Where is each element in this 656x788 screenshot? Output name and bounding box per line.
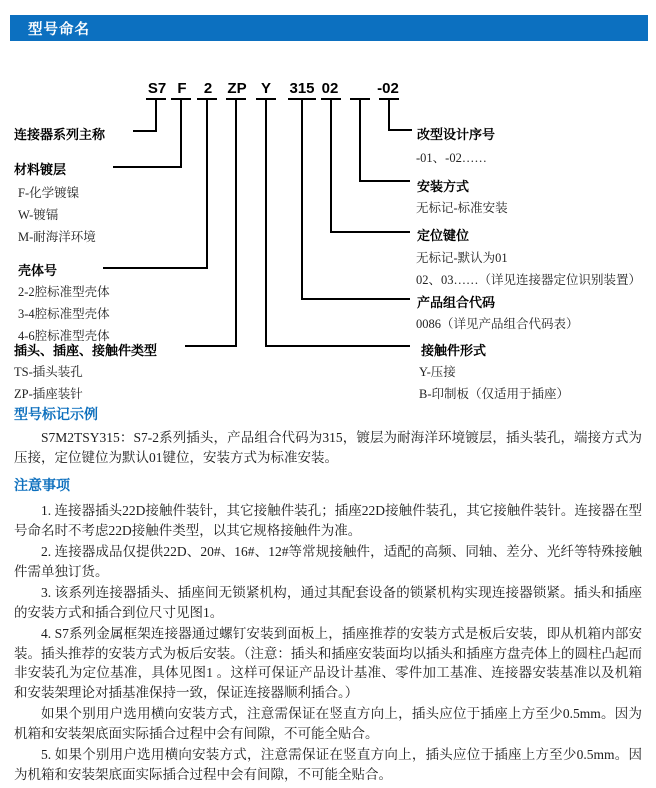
shell-option-2: 2-2腔标准型壳体 — [18, 282, 110, 300]
note-paragraph-4: 4. S7系列金属框架连接器通过螺钉安装到面板上，插座推荐的安装方式是板后安装，… — [14, 624, 642, 702]
example-section-heading: 型号标记示例 — [14, 406, 642, 422]
example-paragraph: S7M2TSY315：S7-2系列插头，产品组合代码为315，镀层为耐海洋环境镀… — [14, 428, 642, 467]
code-combo: 315 — [289, 80, 314, 97]
label-keying-position: 定位键位 — [417, 225, 469, 244]
mounting-option-default: 无标记-标准安装 — [416, 198, 508, 216]
keying-option-default: 无标记-默认为01 — [416, 248, 508, 266]
document-page: 型号命名 S7 F 2 ZP Y 315 02 -02 连接器系列主称 材料镀 — [0, 0, 656, 788]
label-contact-form: 接触件形式 — [421, 340, 486, 359]
type-option-ts: TS-插头装孔 — [14, 362, 83, 380]
label-series-name: 连接器系列主称 — [14, 124, 105, 143]
shell-option-3: 3-4腔标准型壳体 — [18, 304, 110, 322]
type-option-zp: ZP-插座装针 — [14, 384, 83, 402]
code-key: 02 — [322, 80, 339, 97]
note-paragraph-6: 5. 如果个别用户选用横向安装方式，注意需保证在竖直方向上，插头应位于插座上方至… — [14, 745, 642, 784]
note-paragraph-2: 2. 连接器成品仅提供22D、20#、16#、12#等常规接触件，适配的高频、同… — [14, 542, 642, 581]
revision-values: -01、-02…… — [416, 148, 487, 166]
label-material-plating: 材料镀层 — [14, 159, 66, 178]
contact-form-y: Y-压接 — [419, 362, 456, 380]
label-revision-number: 改型设计序号 — [417, 124, 495, 143]
plating-option-m: M-耐海洋环境 — [18, 227, 96, 245]
label-product-combo-code: 产品组合代码 — [417, 292, 495, 311]
combo-code-value: 0086（详见产品组合代码表） — [416, 314, 579, 332]
label-plug-socket-type: 插头、插座、接触件类型 — [14, 340, 157, 359]
code-revision: -02 — [377, 80, 399, 97]
code-shell: 2 — [204, 80, 212, 97]
note-paragraph-5: 如果个别用户选用横向安装方式，注意需保证在竖直方向上，插头应位于插座上方至少0.… — [14, 704, 642, 743]
code-type: ZP — [227, 80, 246, 97]
model-code-diagram: S7 F 2 ZP Y 315 02 -02 连接器系列主称 材料镀层 F-化学… — [0, 0, 656, 410]
note-paragraph-3: 3. 该系列连接器插头、插座间无锁紧机构，通过其配套设备的锁紧机构实现连接器锁紧… — [14, 583, 642, 622]
contact-form-b: B-印制板（仅适用于插座） — [419, 384, 569, 402]
code-contact-form: Y — [261, 80, 271, 97]
label-mounting-style: 安装方式 — [417, 176, 469, 195]
label-shell-number: 壳体号 — [18, 260, 57, 279]
note-paragraph-1: 1. 连接器插头22D接触件装针，其它接触件装孔；插座22D接触件装孔，其它接触… — [14, 501, 642, 540]
text-content: 型号标记示例 S7M2TSY315：S7-2系列插头，产品组合代码为315，镀层… — [14, 406, 642, 786]
keying-option-others: 02、03……（详见连接器定位识别装置） — [416, 270, 641, 288]
notes-section-heading: 注意事项 — [14, 477, 642, 493]
plating-option-w: W-镀镉 — [18, 205, 58, 223]
code-plating: F — [177, 80, 186, 97]
plating-option-f: F-化学镀镍 — [18, 183, 79, 201]
code-series: S7 — [148, 80, 166, 97]
